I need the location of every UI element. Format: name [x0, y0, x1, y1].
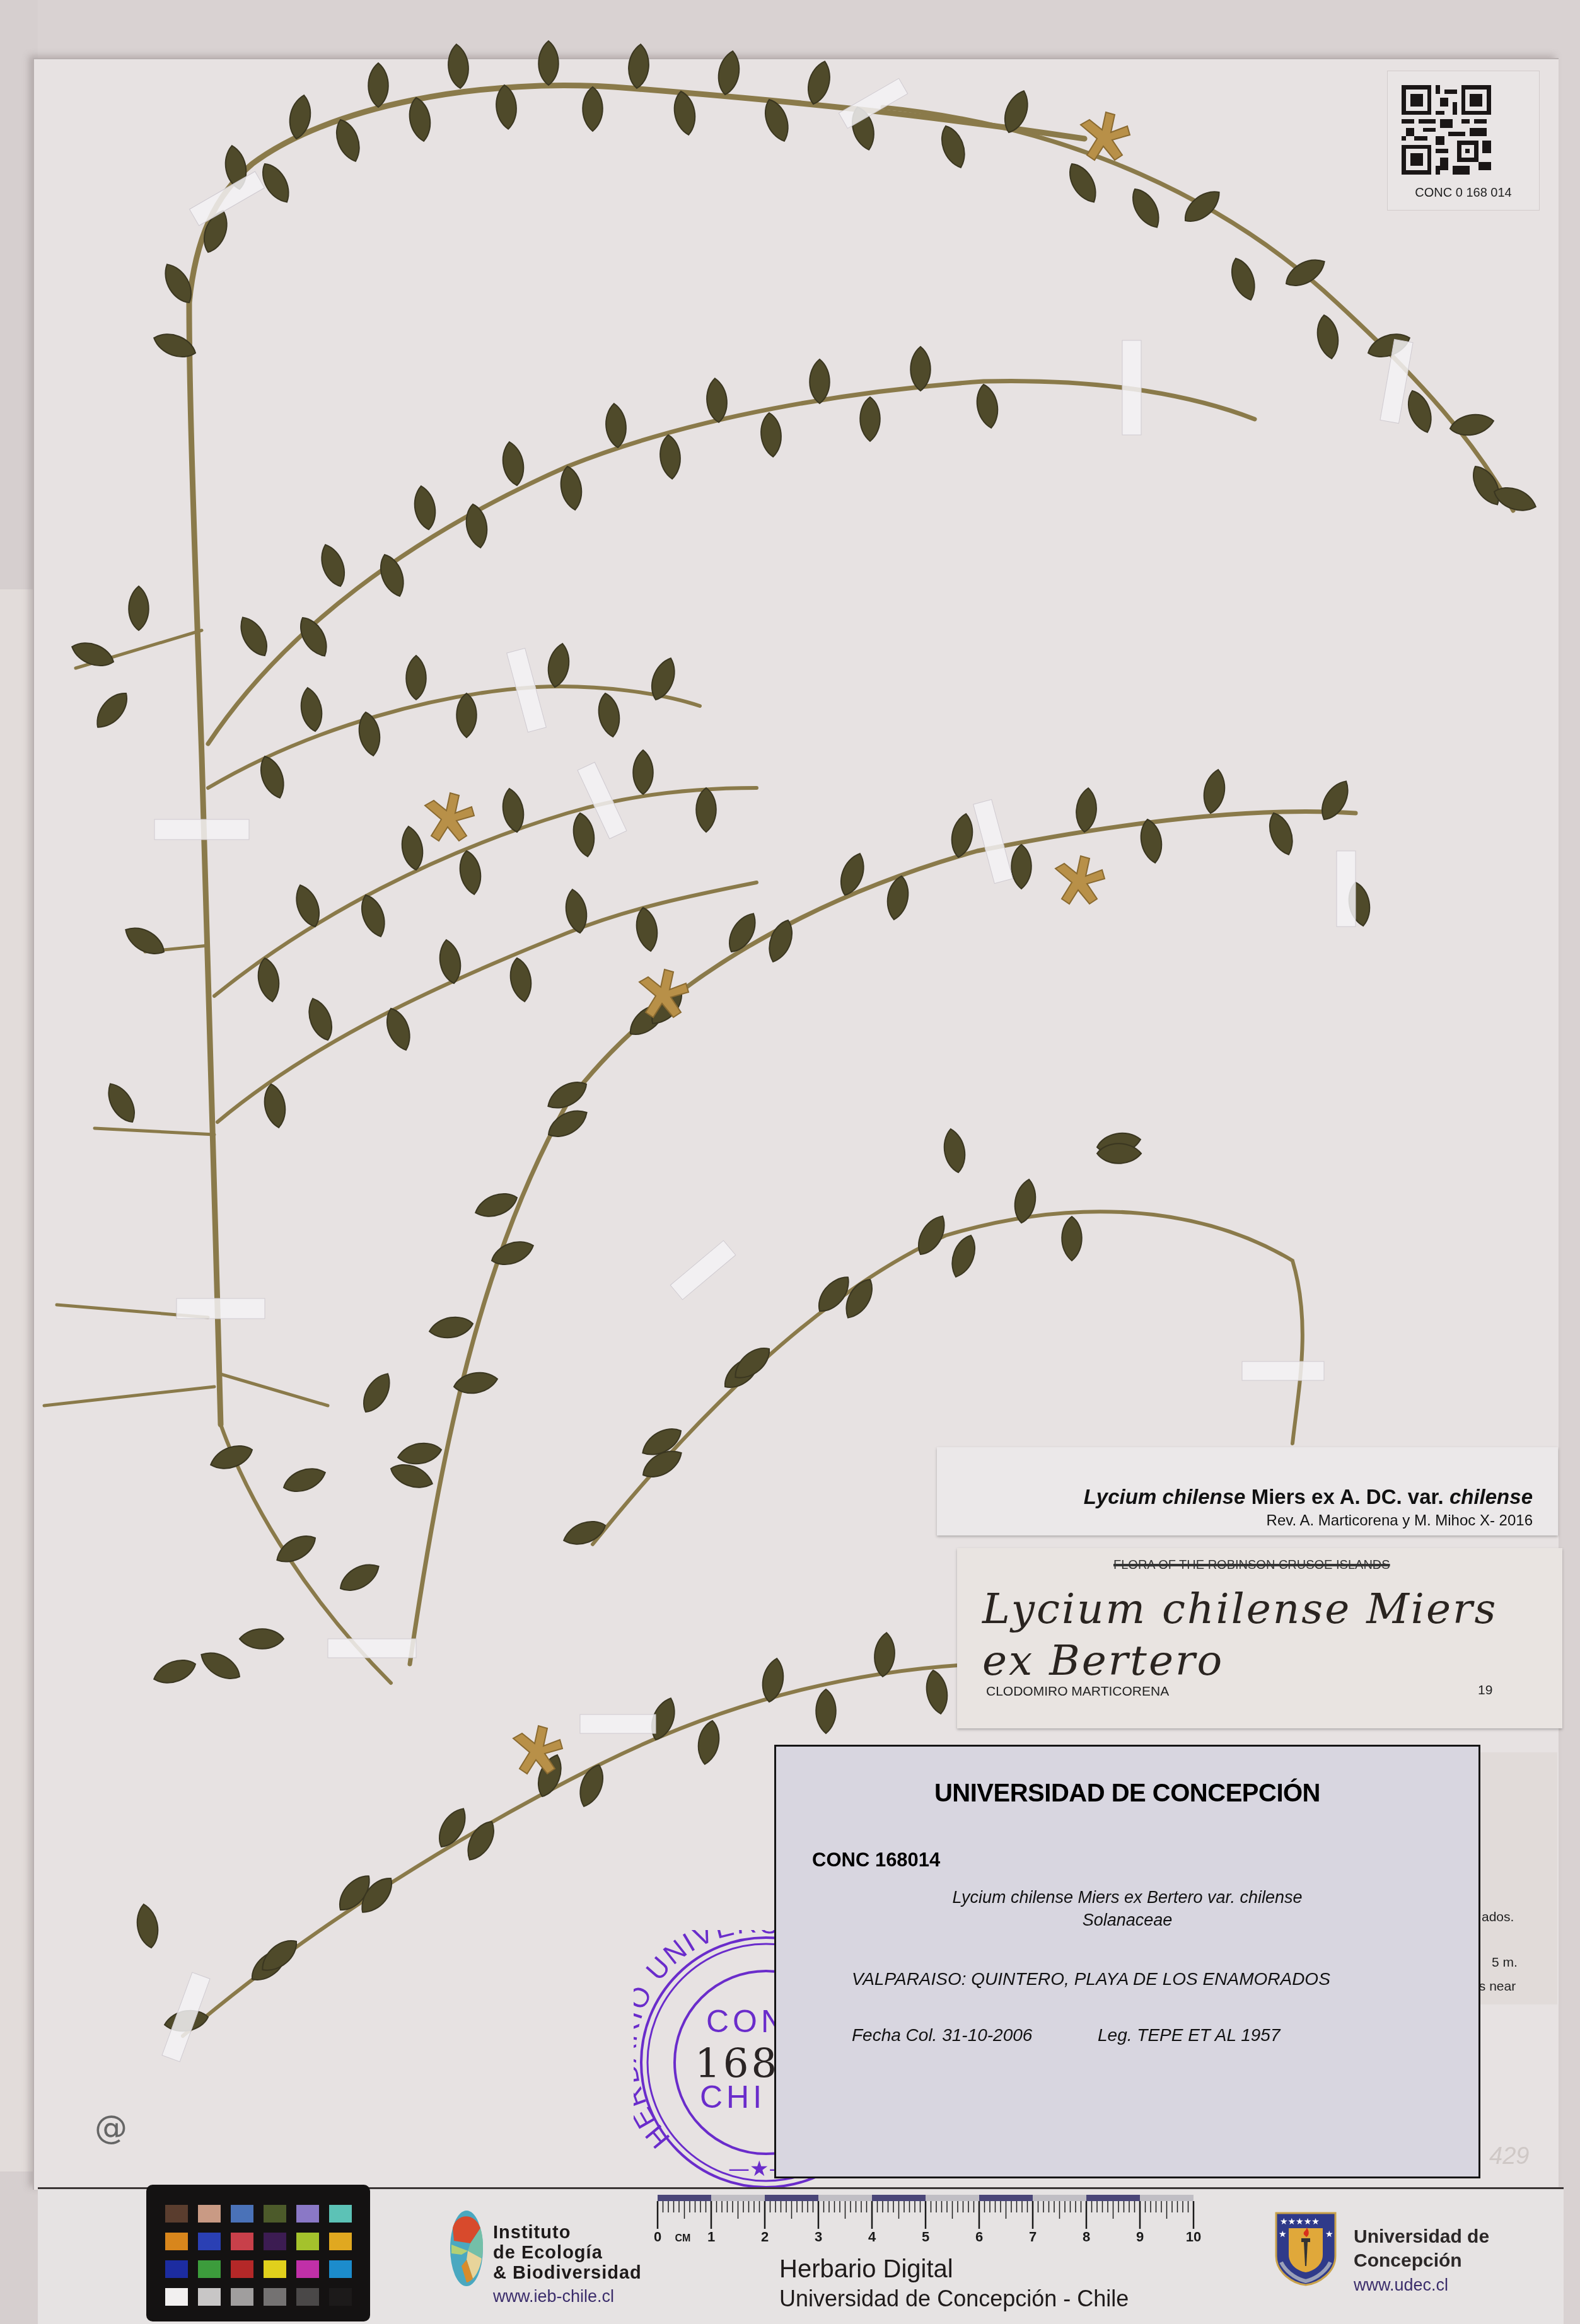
color-swatch — [165, 2260, 188, 2278]
color-swatch — [231, 2288, 253, 2306]
color-swatch — [264, 2205, 286, 2223]
ieb-url-link[interactable]: www.ieb-chile.cl — [493, 2287, 614, 2306]
stamp-bottom-text: CHI — [700, 2079, 765, 2115]
udec-url-link[interactable]: www.udec.cl — [1354, 2275, 1448, 2295]
handwritten-line: Lycium chilense Miers — [982, 1583, 1497, 1635]
color-swatch — [296, 2260, 319, 2278]
ieb-line: & Biodiversidad — [493, 2263, 642, 2283]
ieb-name: Instituto de Ecología & Biodiversidad — [493, 2223, 642, 2283]
color-swatch — [329, 2260, 352, 2278]
color-swatch — [231, 2205, 253, 2223]
svg-text:7: 7 — [1029, 2229, 1037, 2243]
svg-text:8: 8 — [1083, 2229, 1090, 2243]
svg-text:6: 6 — [975, 2229, 983, 2243]
epithet: chilense — [1162, 1485, 1245, 1508]
svg-text:5: 5 — [922, 2229, 929, 2243]
color-swatch — [296, 2288, 319, 2306]
ieb-line: de Ecología — [493, 2243, 642, 2263]
locality: VALPARAISO: QUINTERO, PLAYA DE LOS ENAMO… — [852, 1969, 1330, 1989]
authority: Miers ex A. DC. var. — [1252, 1485, 1444, 1508]
color-swatch — [296, 2233, 319, 2250]
color-swatch — [264, 2288, 286, 2306]
udec-line: Concepción — [1354, 2249, 1489, 2273]
color-swatch — [198, 2233, 221, 2250]
ieb-line: Instituto — [493, 2223, 642, 2243]
specimen-code: CONC 168014 — [812, 1849, 940, 1871]
institution-name: UNIVERSIDAD DE CONCEPCIÓN — [776, 1779, 1478, 1808]
svg-text:10: 10 — [1186, 2229, 1201, 2243]
underlying-label: ados. 5 m. ts near — [1475, 1752, 1557, 2004]
handwritten-line: ex Bertero — [982, 1635, 1497, 1687]
svg-text:2: 2 — [761, 2229, 769, 2243]
catalog-number: CONC 0 168 014 — [1388, 186, 1539, 200]
color-swatch — [198, 2288, 221, 2306]
svg-text:★: ★ — [1279, 2229, 1287, 2240]
scientific-name: Lycium chilense Miers ex A. DC. var. chi… — [1084, 1485, 1533, 1509]
svg-text:0: 0 — [654, 2229, 661, 2243]
svg-text:9: 9 — [1136, 2229, 1144, 2243]
cm-ruler: 012345678910CM — [651, 2192, 1219, 2243]
udec-line: Universidad de — [1354, 2225, 1489, 2249]
ieb-logo-icon — [449, 2209, 484, 2287]
herbario-title: Herbario Digital — [779, 2255, 953, 2284]
revision-note: Rev. A. Marticorena y M. Mihoc X- 2016 — [1267, 1512, 1533, 1530]
fragment-text: 5 m. — [1492, 1955, 1518, 1970]
color-swatch — [329, 2288, 352, 2306]
collector-name: CLODOMIRO MARTICORENA — [986, 1684, 1169, 1699]
main-label: UNIVERSIDAD DE CONCEPCIÓN CONC 168014 Ly… — [774, 1745, 1480, 2178]
color-swatch — [198, 2260, 221, 2278]
handwritten-name: Lycium chilense Miers ex Bertero — [982, 1583, 1497, 1687]
color-swatch — [329, 2233, 352, 2250]
faint-number: 429 — [1489, 2143, 1529, 2170]
color-swatch — [231, 2233, 253, 2250]
genus: Lycium — [1084, 1485, 1157, 1508]
handwritten-mark: @ — [95, 2109, 127, 2147]
original-collector-label: FLORA OF THE ROBINSON CRUSOE ISLANDS Lyc… — [957, 1548, 1562, 1728]
color-swatch — [264, 2260, 286, 2278]
svg-text:3: 3 — [815, 2229, 822, 2243]
fragment-text: ts near — [1475, 1979, 1516, 1994]
struck-header: FLORA OF THE ROBINSON CRUSOE ISLANDS — [1113, 1558, 1390, 1573]
taxon-name: Lycium chilense Miers ex Bertero var. ch… — [776, 1888, 1478, 1907]
color-swatch — [165, 2288, 188, 2306]
determination-label: Lycium chilense Miers ex A. DC. var. chi… — [937, 1447, 1558, 1535]
udec-name: Universidad de Concepción — [1354, 2225, 1489, 2273]
qr-code-icon — [1402, 85, 1491, 175]
color-swatch — [198, 2205, 221, 2223]
color-swatch — [165, 2233, 188, 2250]
color-swatch — [264, 2233, 286, 2250]
variety: chilense — [1449, 1485, 1533, 1508]
udec-crest-icon: ★★★★★★★ — [1275, 2212, 1337, 2286]
svg-text:4: 4 — [868, 2229, 876, 2243]
color-swatch — [165, 2205, 188, 2223]
svg-text:1: 1 — [707, 2229, 715, 2243]
svg-text:★★★★★: ★★★★★ — [1280, 2217, 1320, 2227]
color-checker-chart — [146, 2185, 370, 2321]
color-swatch — [329, 2205, 352, 2223]
collector-number: 19 — [1478, 1683, 1492, 1698]
family-name: Solanaceae — [776, 1911, 1478, 1930]
color-swatch — [231, 2260, 253, 2278]
qr-label: CONC 0 168 014 — [1387, 71, 1540, 211]
collection-date: Fecha Col. 31-10-2006 — [852, 2025, 1032, 2045]
herbario-subtitle: Universidad de Concepción - Chile — [779, 2286, 1129, 2312]
svg-text:CM: CM — [675, 2233, 691, 2243]
collector: Leg. TEPE ET AL 1957 — [1098, 2025, 1281, 2045]
fragment-text: ados. — [1482, 1910, 1514, 1925]
color-swatch — [296, 2205, 319, 2223]
svg-text:★: ★ — [1325, 2229, 1333, 2240]
